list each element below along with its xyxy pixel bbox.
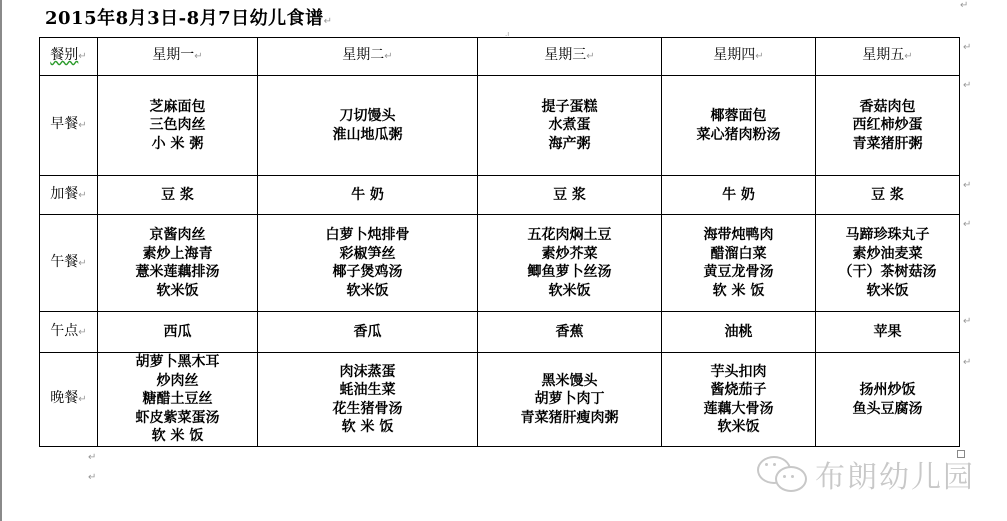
menu-cell: 刀切馒头 淮山地瓜粥 (258, 76, 478, 176)
menu-cell: 椰蓉面包 菜心猪肉粉汤 (662, 76, 816, 176)
meal-label: 午餐↵ (40, 215, 98, 312)
menu-cell: 香菇肉包 西红柿炒蛋 青菜猪肝粥 (816, 76, 960, 176)
day-header-wed: 星期三↵ (478, 38, 662, 76)
menu-cell: 肉沫蒸蛋 蚝油生菜 花生猪骨汤 软 米 饭 (258, 353, 478, 447)
paragraph-mark: ↵ (960, 0, 968, 11)
day-header-thu: 星期四↵ (662, 38, 816, 76)
paragraph-mark: ↵ (88, 472, 96, 483)
menu-cell: 油桃 (662, 312, 816, 353)
menu-table: 餐别↵ 星期一↵ 星期二↵ 星期三↵ 星期四↵ 星期五↵ 早餐↵ 芝麻面包 三色… (39, 37, 960, 447)
menu-cell: 马蹄珍珠丸子 素炒油麦菜 （干）茶树菇汤 软米饭 (816, 215, 960, 312)
row-end-mark: ↵ (963, 316, 971, 327)
menu-cell: 黑米馒头 胡萝卜肉丁 青菜猪肝瘦肉粥 (478, 353, 662, 447)
day-header-fri: 星期五↵ (816, 38, 960, 76)
paragraph-mark: ↵ (324, 16, 333, 27)
meal-label: 午点↵ (40, 312, 98, 353)
menu-cell: 豆 浆 (98, 176, 258, 215)
row-end-mark: ↵ (963, 357, 971, 368)
table-row-dinner: 晚餐↵ 胡萝卜黑木耳 炒肉丝 糖醋土豆丝 虾皮紫菜蛋汤 软 米 饭 肉沫蒸蛋 蚝… (40, 353, 960, 447)
menu-cell: 香蕉 (478, 312, 662, 353)
table-row-breakfast: 早餐↵ 芝麻面包 三色肉丝 小 米 粥 刀切馒头 淮山地瓜粥 提子蛋糕 水煮蛋 … (40, 76, 960, 176)
menu-cell: 西瓜 (98, 312, 258, 353)
table-row-snack: 加餐↵ 豆 浆 牛 奶 豆 浆 牛 奶 豆 浆 (40, 176, 960, 215)
header-row: 餐别↵ 星期一↵ 星期二↵ 星期三↵ 星期四↵ 星期五↵ (40, 38, 960, 76)
menu-cell: 五花肉焖土豆 素炒芥菜 鲫鱼萝卜丝汤 软米饭 (478, 215, 662, 312)
meal-label: 加餐↵ (40, 176, 98, 215)
watermark: 布朗幼儿园 (757, 452, 975, 496)
watermark-text: 布朗幼儿园 (815, 452, 975, 496)
menu-cell: 芝麻面包 三色肉丝 小 米 粥 (98, 76, 258, 176)
menu-cell: 香瓜 (258, 312, 478, 353)
menu-cell: 豆 浆 (478, 176, 662, 215)
menu-cell: 胡萝卜黑木耳 炒肉丝 糖醋土豆丝 虾皮紫菜蛋汤 软 米 饭 (98, 353, 258, 447)
title-text: 2015年8月3日-8月7日幼儿食谱 (45, 8, 324, 29)
page-title: 2015年8月3日-8月7日幼儿食谱↵ (45, 4, 333, 30)
page-left-edge (0, 0, 2, 521)
wechat-icon (757, 454, 809, 494)
row-end-mark: ↵ (963, 80, 971, 91)
menu-cell: 芋头扣肉 酱烧茄子 莲藕大骨汤 软米饭 (662, 353, 816, 447)
menu-cell: 豆 浆 (816, 176, 960, 215)
table-row-lunch: 午餐↵ 京酱肉丝 素炒上海青 薏米莲藕排汤 软米饭 白萝卜炖排骨 彩椒笋丝 椰子… (40, 215, 960, 312)
day-header-tue: 星期二↵ (258, 38, 478, 76)
menu-cell: 海带炖鸭肉 醋溜白菜 黄豆龙骨汤 软 米 饭 (662, 215, 816, 312)
table-row-afternoon-snack: 午点↵ 西瓜 香瓜 香蕉 油桃 苹果 (40, 312, 960, 353)
meal-label: 早餐↵ (40, 76, 98, 176)
menu-cell: 京酱肉丝 素炒上海青 薏米莲藕排汤 软米饭 (98, 215, 258, 312)
menu-cell: 牛 奶 (662, 176, 816, 215)
menu-cell: 苹果 (816, 312, 960, 353)
row-end-mark: ↵ (963, 42, 971, 53)
row-end-mark: ↵ (963, 180, 971, 191)
row-end-mark: ↵ (963, 219, 971, 230)
menu-cell: 白萝卜炖排骨 彩椒笋丝 椰子煲鸡汤 软米饭 (258, 215, 478, 312)
menu-cell: 提子蛋糕 水煮蛋 海产粥 (478, 76, 662, 176)
menu-cell: 牛 奶 (258, 176, 478, 215)
corner-header: 餐别↵ (40, 38, 98, 76)
menu-cell: 扬州炒饭 鱼头豆腐汤 (816, 353, 960, 447)
paragraph-mark: ↵ (88, 452, 96, 463)
meal-label: 晚餐↵ (40, 353, 98, 447)
day-header-mon: 星期一↵ (98, 38, 258, 76)
